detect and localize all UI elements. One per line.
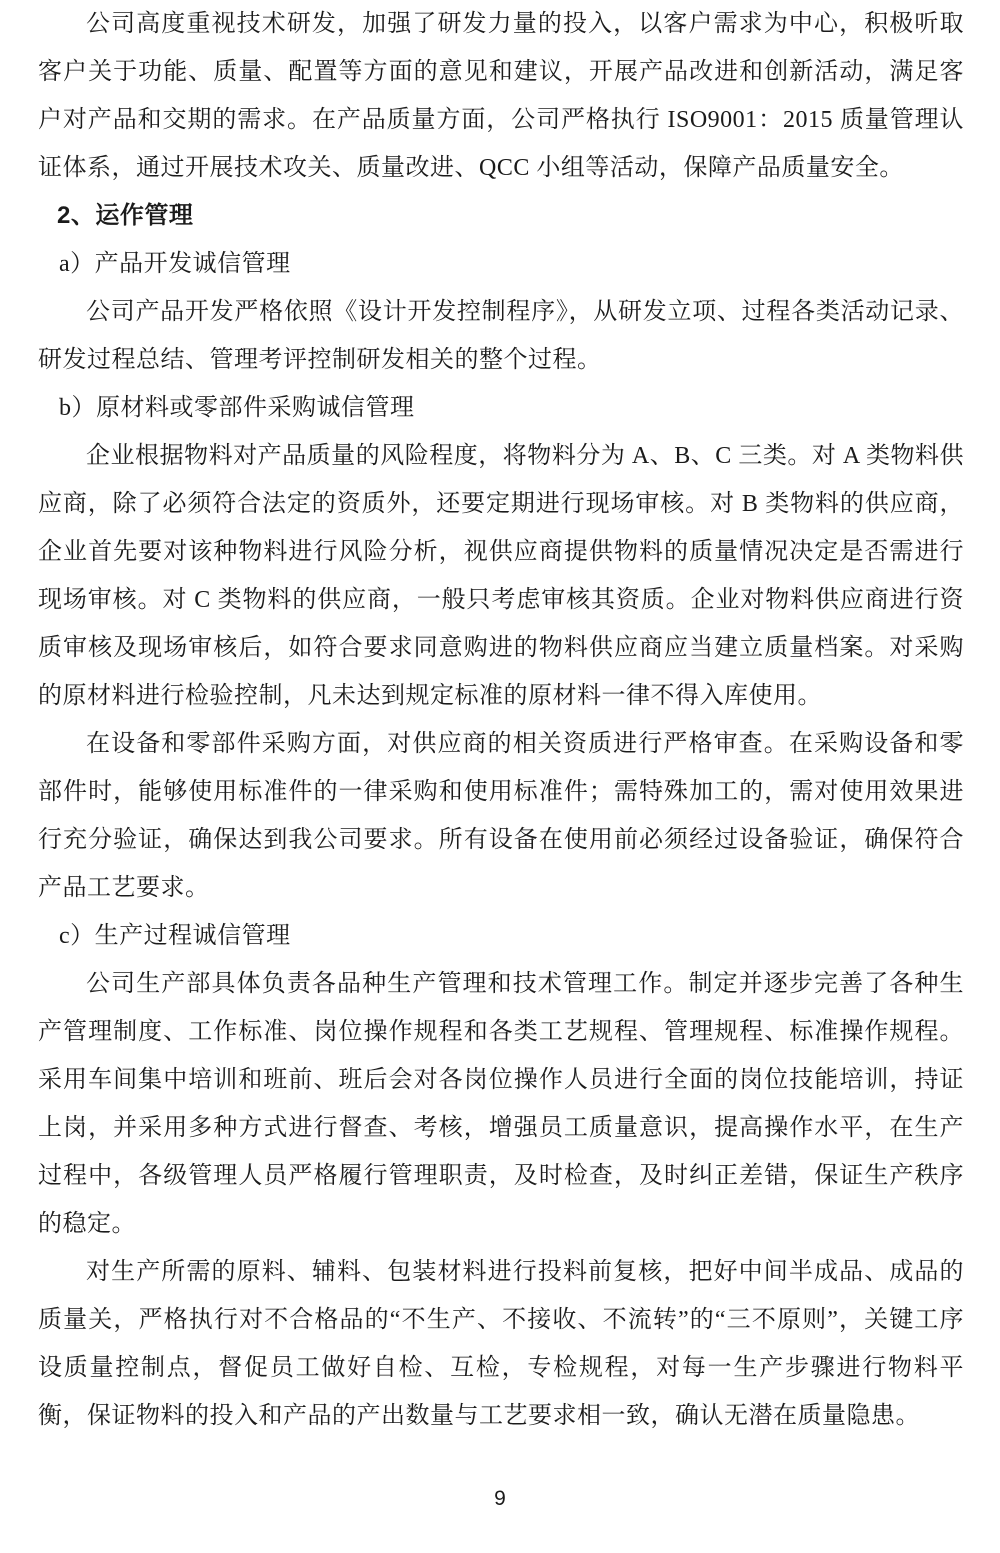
section-number: 2 [57, 202, 71, 229]
subsection-heading-a-product-development: a）产品开发诚信管理 [38, 240, 964, 288]
section-heading-operations-management: 2、运作管理 [38, 192, 964, 240]
page-number: 9 [0, 1484, 1000, 1514]
subsection-heading-c-production-process: c）生产过程诚信管理 [38, 912, 964, 960]
paragraph-equipment-procurement: 在设备和零部件采购方面，对供应商的相关资质进行严格审查。在采购设备和零部件时，能… [38, 720, 964, 912]
paragraph-product-development: 公司产品开发严格依照《设计开发控制程序》，从研发立项、过程各类活动记录、研发过程… [38, 288, 964, 384]
paragraph-rd-and-quality: 公司高度重视技术研发，加强了研发力量的投入，以客户需求为中心，积极听取客户关于功… [38, 0, 964, 192]
paragraph-material-classification: 企业根据物料对产品质量的风险程度，将物料分为 A、B、C 三类。对 A 类物料供… [38, 432, 964, 720]
section-title: 、运作管理 [71, 203, 194, 229]
subsection-heading-b-procurement: b）原材料或零部件采购诚信管理 [38, 384, 964, 432]
document-body: 公司高度重视技术研发，加强了研发力量的投入，以客户需求为中心，积极听取客户关于功… [38, 0, 964, 1440]
document-page: 公司高度重视技术研发，加强了研发力量的投入，以客户需求为中心，积极听取客户关于功… [0, 0, 1000, 1553]
paragraph-material-check: 对生产所需的原料、辅料、包装材料进行投料前复核，把好中间半成品、成品的质量关，严… [38, 1248, 964, 1440]
paragraph-production-management: 公司生产部具体负责各品种生产管理和技术管理工作。制定并逐步完善了各种生产管理制度… [38, 960, 964, 1248]
